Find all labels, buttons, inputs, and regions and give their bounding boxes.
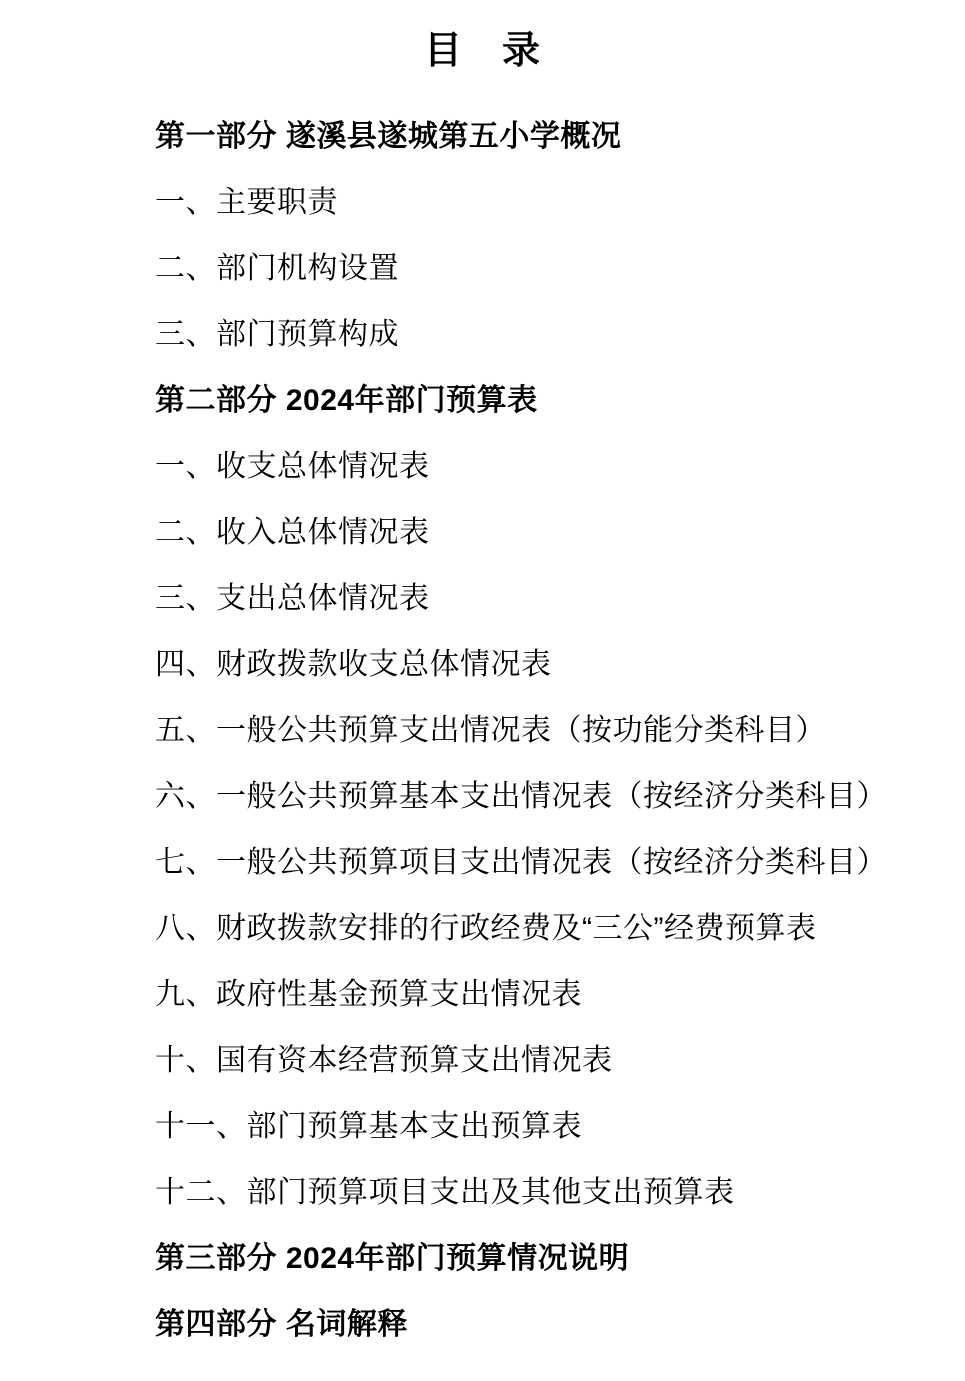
toc-section-heading: 第二部分 2024年部门预算表 — [155, 368, 925, 434]
toc-entry: 三、部门预算构成 — [155, 302, 925, 368]
toc-entry: 九、政府性基金预算支出情况表 — [155, 962, 925, 1028]
toc-entry: 五、一般公共预算支出情况表（按功能分类科目） — [155, 698, 925, 764]
toc-entry: 二、收入总体情况表 — [155, 500, 925, 566]
toc-entry: 一、主要职责 — [155, 170, 925, 236]
toc-entry: 十二、部门预算项目支出及其他支出预算表 — [155, 1160, 925, 1226]
toc-section-heading: 第三部分 2024年部门预算情况说明 — [155, 1226, 925, 1292]
table-of-contents: 第一部分 遂溪县遂城第五小学概况一、主要职责二、部门机构设置三、部门预算构成第二… — [0, 104, 965, 1358]
toc-entry: 八、财政拨款安排的行政经费及“三公”经费预算表 — [155, 896, 925, 962]
toc-section-heading: 第一部分 遂溪县遂城第五小学概况 — [155, 104, 925, 170]
toc-entry: 四、财政拨款收支总体情况表 — [155, 632, 925, 698]
toc-entry: 二、部门机构设置 — [155, 236, 925, 302]
toc-entry: 三、支出总体情况表 — [155, 566, 925, 632]
page-title: 目 录 — [0, 0, 965, 76]
toc-page: 目 录 第一部分 遂溪县遂城第五小学概况一、主要职责二、部门机构设置三、部门预算… — [0, 0, 965, 1381]
toc-section-heading: 第四部分 名词解释 — [155, 1292, 925, 1358]
toc-entry: 十、国有资本经营预算支出情况表 — [155, 1028, 925, 1094]
toc-entry: 十一、部门预算基本支出预算表 — [155, 1094, 925, 1160]
toc-entry: 一、收支总体情况表 — [155, 434, 925, 500]
toc-entry: 七、一般公共预算项目支出情况表（按经济分类科目） — [155, 830, 925, 896]
toc-entry: 六、一般公共预算基本支出情况表（按经济分类科目） — [155, 764, 925, 830]
